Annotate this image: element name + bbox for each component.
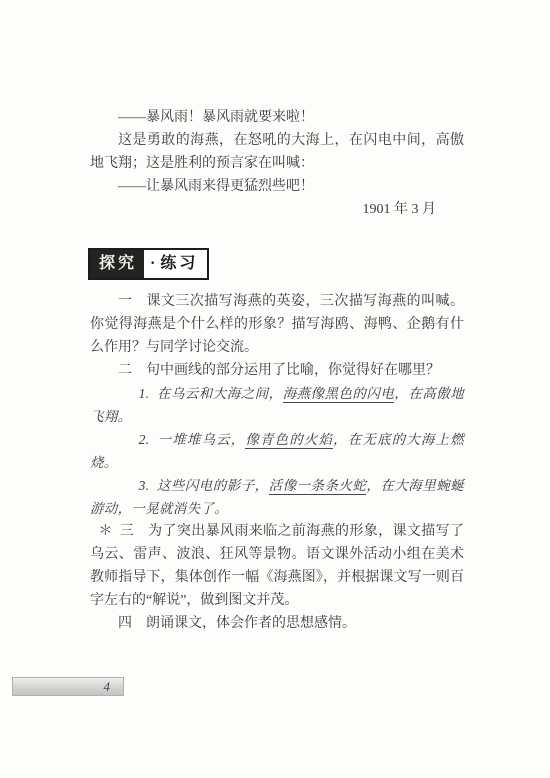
question-2-number: 二 [118, 363, 132, 378]
question-2-example-1: 1.在乌云和大海之间，海燕像黑色的闪电，在高傲地飞翔。 [90, 382, 464, 428]
question-1-text: 课文三次描写海燕的英姿，三次描写海燕的叫喊。你觉得海燕是个什么样的形象？描写海鸥… [90, 294, 464, 355]
separator-dot: · [150, 256, 155, 272]
page-number: 4 [104, 679, 111, 695]
question-1: 一课文三次描写海燕的英姿，三次描写海燕的叫喊。你觉得海燕是个什么样的形象？描写海… [90, 290, 464, 359]
optional-question-asterisk: ＊ [98, 524, 112, 539]
lesson-line-let-storm-rage: ——让暴风雨来得更猛烈些吧！ [90, 175, 464, 198]
exercise-section-header: 探究 ·练习 [88, 248, 209, 280]
question-3-number: 三 [120, 524, 134, 539]
exercise-header-practice-label: ·练习 [144, 250, 207, 278]
question-3-text: 为了突出暴风雨来临之前海燕的形象，课文描写了乌云、雷声、波浪、狂风等景物。语文课… [90, 524, 464, 608]
underlined-simile-1: 海燕像黑色的闪电 [283, 386, 395, 403]
example-3-number: 3. [139, 478, 150, 493]
underlined-simile-2: 像青色的火焰 [245, 432, 333, 449]
page-body: ——暴风雨！暴风雨就要来啦！ 这是勇敢的海燕，在怒吼的大海上，在闪电中间，高傲地… [90, 106, 464, 635]
question-2-example-2: 2.一堆堆乌云，像青色的火焰，在无底的大海上燃烧。 [90, 428, 464, 474]
page-number-bar: 4 [12, 677, 124, 696]
example-2-number: 2. [139, 432, 150, 447]
question-4-text: 朗诵课文，体会作者的思想感情。 [146, 616, 356, 631]
lesson-date: 1901 年 3 月 [90, 198, 464, 221]
underlined-simile-3: 活像一条条火蛇 [269, 478, 367, 495]
question-2-text: 句中画线的部分运用了比喻，你觉得好在哪里？ [146, 363, 440, 378]
example-1-number: 1. [139, 386, 150, 401]
question-2: 二句中画线的部分运用了比喻，你觉得好在哪里？ [90, 359, 464, 382]
question-2-example-3: 3.这些闪电的影子，活像一条条火蛇，在大海里蜿蜒游动，一晃就消失了。 [90, 474, 464, 520]
question-4-number: 四 [118, 616, 132, 631]
question-4: 四朗诵课文，体会作者的思想感情。 [90, 612, 464, 635]
lesson-line-storm-coming: ——暴风雨！暴风雨就要来啦！ [90, 106, 464, 129]
question-1-number: 一 [118, 294, 132, 309]
exercise-header-explore-label: 探究 [90, 250, 144, 278]
question-3: ＊三为了突出暴风雨来临之前海燕的形象，课文描写了乌云、雷声、波浪、狂风等景物。语… [90, 520, 464, 612]
lesson-paragraph-brave-petrel: 这是勇敢的海燕，在怒吼的大海上，在闪电中间，高傲地飞翔；这是胜利的预言家在叫喊： [90, 129, 464, 175]
